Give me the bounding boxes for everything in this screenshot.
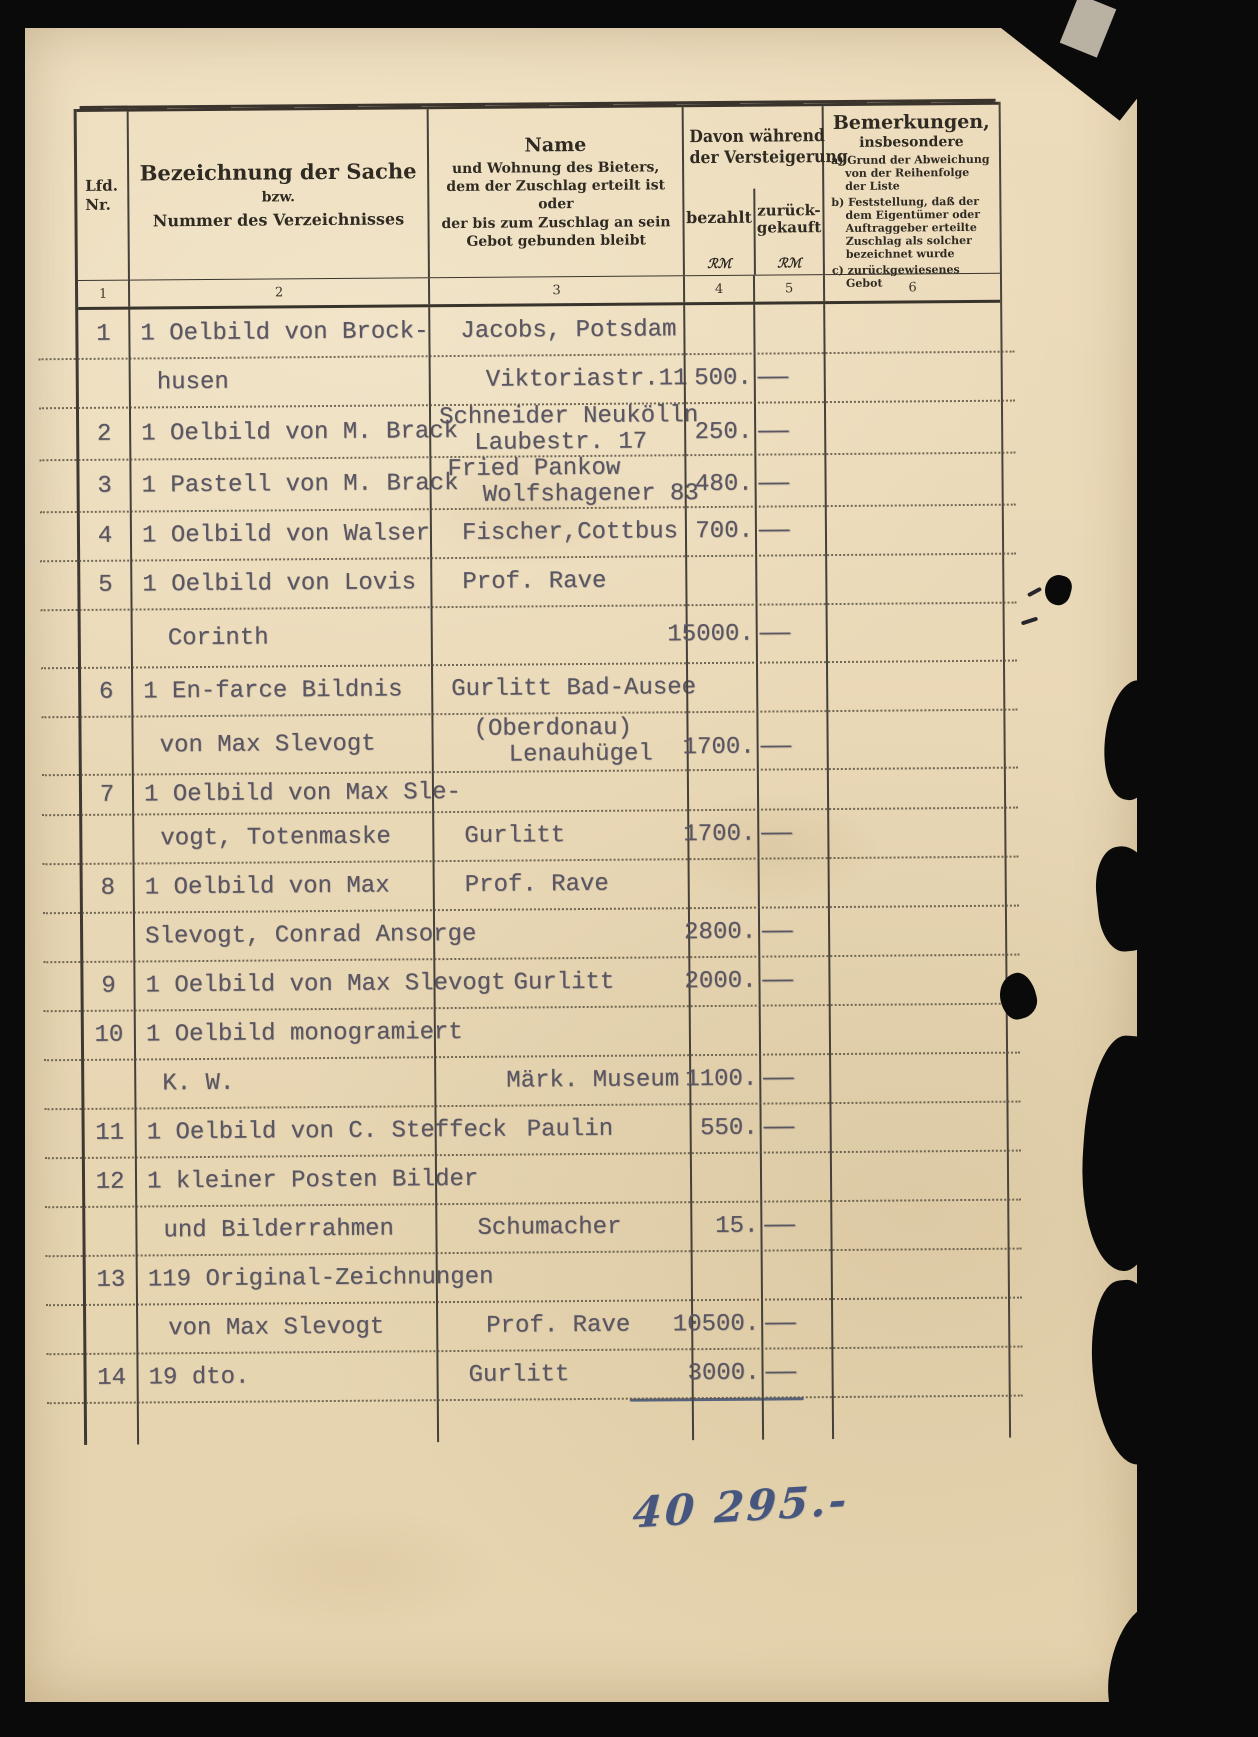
remarks-cell [831, 1249, 1008, 1299]
amount-paid: 250. [684, 403, 754, 456]
amount-paid: 2000. [688, 957, 758, 1007]
amount-paid [686, 663, 756, 713]
bidder-name: Jacobs, Potsdam [428, 305, 683, 356]
row-number [84, 1060, 134, 1109]
bidder-name-line: Laubestr. 17 [474, 429, 684, 457]
amount-dash: — [759, 1103, 829, 1153]
amount-paid: 15000. [686, 605, 756, 664]
amount-dash [761, 1250, 831, 1300]
table-row: 8 1 Oelbild von Max Prof. Rave [83, 857, 1005, 913]
header-group-title: Davon während der Versteigerung [689, 106, 817, 189]
row-number: 10 [84, 1011, 134, 1060]
header-bezahlt: bezahlt ℛℳ [684, 189, 754, 275]
remarks-cell [826, 710, 1003, 769]
bidder-name [437, 1398, 692, 1442]
reichsmark-symbol: ℛℳ [685, 257, 754, 273]
header-bemerkungen: Bemerkungen, insbesondere a) Grund der A… [822, 105, 1000, 274]
header-name-line: und Wohnung des Bieters, [429, 158, 682, 178]
table-row: 3 1 Pastell von M. Brack Fried PankowWol… [79, 453, 1001, 512]
row-number: 4 [80, 512, 130, 561]
header-name-line: Gebot gebunden bleibt [430, 231, 683, 251]
item-description: K. W. [134, 1057, 434, 1108]
header-bzw: bzw. [129, 188, 427, 206]
bidder-name: Gurlitt [436, 1349, 691, 1400]
amount-paid: 1700. [687, 810, 757, 860]
remarks-cell [828, 955, 1005, 1005]
bidder-name-line: Gurlitt [468, 1361, 691, 1389]
bidder-name-line: Fried Pankow [447, 455, 684, 483]
header-name-title: Name [429, 133, 682, 157]
remarks-cell [832, 1396, 1009, 1439]
row-number: 13 [86, 1256, 136, 1305]
table-header: Lfd. Nr. Bezeichnung der Sache bzw. Numm… [77, 102, 1000, 281]
bidder-name-line: Paulin [527, 1116, 690, 1143]
item-description: von Max Slevogt [136, 1302, 436, 1353]
row-number [81, 717, 131, 775]
row-number [87, 1403, 137, 1445]
table-row: 2 1 Oelbild von M. Brack Schneider Neukö… [79, 401, 1001, 460]
amount-dash [758, 858, 828, 908]
amount-dash: — [761, 1299, 831, 1349]
row-number: 1 [78, 310, 128, 359]
bidder-name-line: Schumacher [477, 1214, 690, 1242]
item-description: 1 Oelbild von C. Steffeck [134, 1106, 434, 1157]
header-lfd-nr: Lfd. Nr. [77, 112, 128, 280]
amount-dash: — [754, 402, 824, 455]
column-number-6: 6 [823, 274, 1000, 301]
amount-dash: — [760, 1201, 830, 1251]
bidder-name: Gurlitt [433, 957, 688, 1008]
remarks-cell [830, 1151, 1007, 1201]
bemerkungen-item-a: a) Grund der Abweichung von der Reihenfo… [831, 153, 992, 194]
row-number [85, 1207, 135, 1256]
item-description: von Max Slevogt [131, 714, 431, 774]
row-number: 9 [83, 962, 133, 1011]
ledger-table: Lfd. Nr. Bezeichnung der Sache bzw. Numm… [74, 102, 1011, 1445]
header-lfd-line1: Lfd. [85, 176, 118, 196]
amount-dash: — [757, 809, 827, 859]
bidder-name [431, 605, 686, 665]
amount-paid: 700. [685, 507, 755, 557]
table-row: von Max Slevogt Prof. Rave 10500. — [86, 1298, 1008, 1354]
amount-dash: — [756, 711, 826, 770]
item-description: 1 Pastell von M. Brack [129, 457, 429, 511]
amount-dash [753, 304, 823, 354]
item-description: 1 Oelbild von M. Brack [129, 405, 429, 459]
row-number: 5 [80, 561, 130, 610]
amount-paid: 550. [689, 1104, 759, 1154]
row-number: 8 [83, 864, 133, 913]
amount-dash [760, 1152, 830, 1202]
handwritten-total: 40 295.- [631, 1475, 850, 1537]
amount-paid [688, 859, 758, 909]
header-name-line: der bis zum Zuschlag an sein [429, 213, 682, 233]
bemerkungen-item-b: b) Feststellung, daß der dem Eigentümer … [831, 194, 993, 261]
column-number-2: 2 [128, 278, 428, 306]
amount-paid: 1700. [686, 712, 756, 771]
amount-paid [687, 770, 757, 811]
header-lfd-line2: Nr. [85, 196, 111, 216]
remarks-cell [823, 303, 1000, 353]
bidder-name: Gurlitt Bad-Ausee [431, 663, 686, 714]
remarks-cell [831, 1347, 1008, 1397]
remarks-cell [830, 1200, 1007, 1250]
amount-dash: — [755, 506, 825, 556]
bidder-name: Viktoriastr.11 [429, 354, 684, 405]
reichsmark-symbol: ℛℳ [756, 256, 823, 272]
amount-paid [691, 1251, 761, 1301]
amount-dash [759, 1005, 829, 1055]
table-body: 1 1 Oelbild von Brock- Jacobs, Potsdam h… [78, 303, 1009, 1445]
amount-paid: 15. [690, 1202, 760, 1252]
amount-dash: — [759, 1054, 829, 1104]
item-description: und Bilderrahmen [135, 1204, 435, 1255]
remarks-cell [829, 1102, 1006, 1152]
item-description: husen [129, 356, 429, 407]
bidder-name-line: Wolfshagener 83 [483, 481, 685, 509]
table-row: 13 119 Original-Zeichnungen [86, 1249, 1008, 1305]
table-row: K. W. Märk. Museum 1100. — [84, 1053, 1006, 1109]
amount-paid: 1100. [689, 1055, 759, 1105]
bidder-name-line: Viktoriastr.11 [486, 366, 684, 394]
amount-paid [689, 1006, 759, 1056]
bidder-name-line: Lenauhügel [509, 741, 687, 768]
amount-paid [683, 305, 753, 355]
page-content: Lfd. Nr. Bezeichnung der Sache bzw. Numm… [25, 28, 1137, 1702]
header-name-wohnung: Name und Wohnung des Bieters, dem der Zu… [427, 107, 683, 277]
bidder-name-line: Gurlitt Bad-Ausee [451, 675, 686, 703]
header-davon-waehrend: Davon während der Versteigerung bezahlt … [682, 106, 823, 275]
item-description: 1 Oelbild von Max Slevogt [133, 959, 433, 1010]
amount-dash: — [756, 604, 826, 663]
amount-paid [690, 1153, 760, 1203]
amount-dash: — [761, 1348, 831, 1398]
header-bezeichnung: Bezeichnung der Sache bzw. Nummer des Ve… [127, 109, 428, 279]
table-row: 11 1 Oelbild von C. Steffeck Paulin 550.… [84, 1102, 1006, 1158]
item-description: 1 Oelbild von Brock- [128, 307, 428, 358]
table-row: 10 1 Oelbild monogramiert [84, 1004, 1006, 1060]
item-description: Corinth [131, 607, 431, 667]
column-number-1: 1 [78, 281, 128, 307]
table-row: 6 1 En-farce Bildnis Gurlitt Bad-Ausee [81, 661, 1003, 717]
row-number [83, 913, 133, 962]
amount-paid: 10500. [691, 1300, 761, 1350]
table-row: vogt, Totenmaske Gurlitt 1700. — [82, 808, 1004, 864]
table-row: 12 1 kleiner Posten Bilder [85, 1151, 1007, 1207]
remarks-cell [827, 808, 1004, 858]
header-group-line1: Davon während [689, 126, 816, 148]
remarks-cell [828, 857, 1005, 907]
amount-dash: — [758, 907, 828, 957]
header-name-line: dem der Zuschlag erteilt ist oder [429, 176, 682, 214]
remarks-cell [829, 1004, 1006, 1054]
row-number: 11 [84, 1109, 134, 1158]
item-description: 1 Oelbild von Walser [130, 509, 430, 560]
bidder-name: Märk. Museum [434, 1055, 689, 1106]
header-bezahlt-label: bezahlt [684, 209, 753, 228]
header-verzeichnis: Nummer des Verzeichnisses [129, 209, 427, 230]
row-number [81, 610, 131, 668]
item-description: 19 dto. [136, 1351, 436, 1402]
row-number: 14 [86, 1354, 136, 1403]
header-bemerkungen-title: Bemerkungen, [831, 111, 992, 134]
amount-paid: 480. [684, 455, 754, 508]
remarks-cell [826, 603, 1003, 662]
table-row: 14 19 dto. Gurlitt 3000. — [86, 1347, 1008, 1403]
item-description: 1 Oelbild von Max [133, 861, 433, 912]
zurueck-line2: gekauft [755, 219, 822, 237]
bidder-name-line: Schneider Neukölln [439, 403, 684, 431]
column-number-4: 4 [683, 276, 753, 303]
header-insbesondere: insbesondere [831, 134, 992, 151]
table-row: husen Viktoriastr.11 500. — [79, 352, 1001, 408]
item-description: Slevogt, Conrad Ansorge [133, 910, 433, 961]
header-bezeichnung-title: Bezeichnung der Sache [129, 158, 427, 186]
remarks-cell [831, 1298, 1008, 1348]
row-number: 12 [85, 1158, 135, 1207]
amount-dash: — [758, 956, 828, 1006]
remarks-cell [824, 453, 1001, 506]
row-number: 2 [79, 408, 129, 460]
header-group-line2: der Versteigerung [689, 147, 816, 169]
zurueck-line1: zurück- [755, 202, 822, 220]
bidder-name-line: Gurlitt [513, 969, 688, 996]
table-row: 5 1 Oelbild von Lovis Prof. Rave [80, 554, 1002, 610]
table-row: 1 1 Oelbild von Brock- Jacobs, Potsdam [78, 303, 1000, 359]
bidder-name-line: Fischer,Cottbus [462, 519, 685, 547]
item-description: 1 En-farce Bildnis [131, 665, 431, 716]
header-zurueckgekauft-label: zurück- gekauft [755, 202, 822, 237]
bidder-name: (Oberdonau)Lenauhügel [431, 712, 686, 772]
remarks-cell [825, 554, 1002, 604]
amount-dash: — [754, 454, 824, 507]
amount-dash [756, 662, 826, 712]
row-number [86, 1305, 136, 1354]
amount-dash [757, 769, 827, 810]
row-number: 6 [81, 668, 131, 717]
remarks-cell [828, 906, 1005, 956]
bidder-name: Prof. Rave [430, 556, 685, 607]
item-description: 1 Oelbild monogramiert [134, 1008, 434, 1059]
amount-paid: 3000. [691, 1349, 761, 1399]
amount-paid [692, 1398, 762, 1441]
bidder-name-line: Prof. Rave [462, 568, 685, 596]
header-group-split: bezahlt ℛℳ zurück- gekauft ℛℳ [684, 188, 823, 275]
bidder-name: Gurlitt [432, 810, 687, 861]
column-number-3: 3 [428, 276, 683, 304]
bidder-name [436, 1251, 691, 1302]
header-zurueckgekauft: zurück- gekauft ℛℳ [753, 188, 823, 274]
amount-dash [762, 1397, 832, 1440]
bidder-name-line: Gurlitt [464, 822, 687, 850]
table-row: von Max Slevogt (Oberdonau)Lenauhügel 17… [81, 710, 1003, 775]
table-row: Corinth 15000. — [81, 603, 1003, 668]
bidder-name-line: Märk. Museum [506, 1067, 689, 1094]
item-description: 119 Original-Zeichnungen [136, 1253, 436, 1304]
remarks-cell [827, 768, 1004, 809]
amount-paid [685, 556, 755, 606]
item-description: 1 Oelbild von Max Sle- [132, 772, 432, 814]
table-row: 9 1 Oelbild von Max Slevogt Gurlitt 2000… [83, 955, 1005, 1011]
bidder-name: Paulin [434, 1104, 689, 1155]
amount-dash [755, 555, 825, 605]
document-page: Lfd. Nr. Bezeichnung der Sache bzw. Numm… [25, 28, 1137, 1702]
table-row [87, 1396, 1009, 1445]
bidder-name [432, 770, 687, 812]
bidder-name-line: Jacobs, Potsdam [460, 317, 683, 345]
bidder-name-line: (Oberdonau) [473, 715, 686, 743]
bidder-name [435, 1153, 690, 1204]
row-number [79, 359, 129, 408]
table-row: 4 1 Oelbild von Walser Fischer,Cottbus 7… [80, 505, 1002, 561]
bidder-name: Fischer,Cottbus [430, 507, 685, 558]
item-description: vogt, Totenmaske [132, 812, 432, 863]
row-number: 3 [79, 460, 129, 512]
bidder-name [434, 1006, 689, 1057]
row-number: 7 [82, 775, 132, 815]
item-description: 1 Oelbild von Lovis [130, 558, 430, 609]
bidder-name-line: Prof. Rave [465, 871, 688, 899]
bidder-name [433, 908, 688, 959]
remarks-cell [825, 505, 1002, 555]
item-description: 1 kleiner Posten Bilder [135, 1155, 435, 1206]
remarks-cell [829, 1053, 1006, 1103]
bidder-name: Prof. Rave [433, 859, 688, 910]
remarks-cell [824, 401, 1001, 454]
row-number [82, 815, 132, 864]
remarks-cell [826, 661, 1003, 711]
amount-dash: — [754, 353, 824, 403]
remarks-cell [824, 352, 1001, 402]
amount-paid: 2800. [688, 908, 758, 958]
table-row: und Bilderrahmen Schumacher 15. — [85, 1200, 1007, 1256]
bidder-name: Schneider NeuköllnLaubestr. 17 [429, 403, 684, 457]
bidder-name: Prof. Rave [436, 1300, 691, 1351]
item-description [137, 1400, 437, 1444]
bidder-name: Schumacher [435, 1202, 690, 1253]
table-row: Slevogt, Conrad Ansorge 2800. — [83, 906, 1005, 962]
bidder-name-line: Prof. Rave [486, 1312, 691, 1340]
column-number-5: 5 [753, 275, 823, 302]
bidder-name: Fried PankowWolfshagener 83 [429, 455, 684, 509]
amount-paid: 500. [684, 354, 754, 404]
